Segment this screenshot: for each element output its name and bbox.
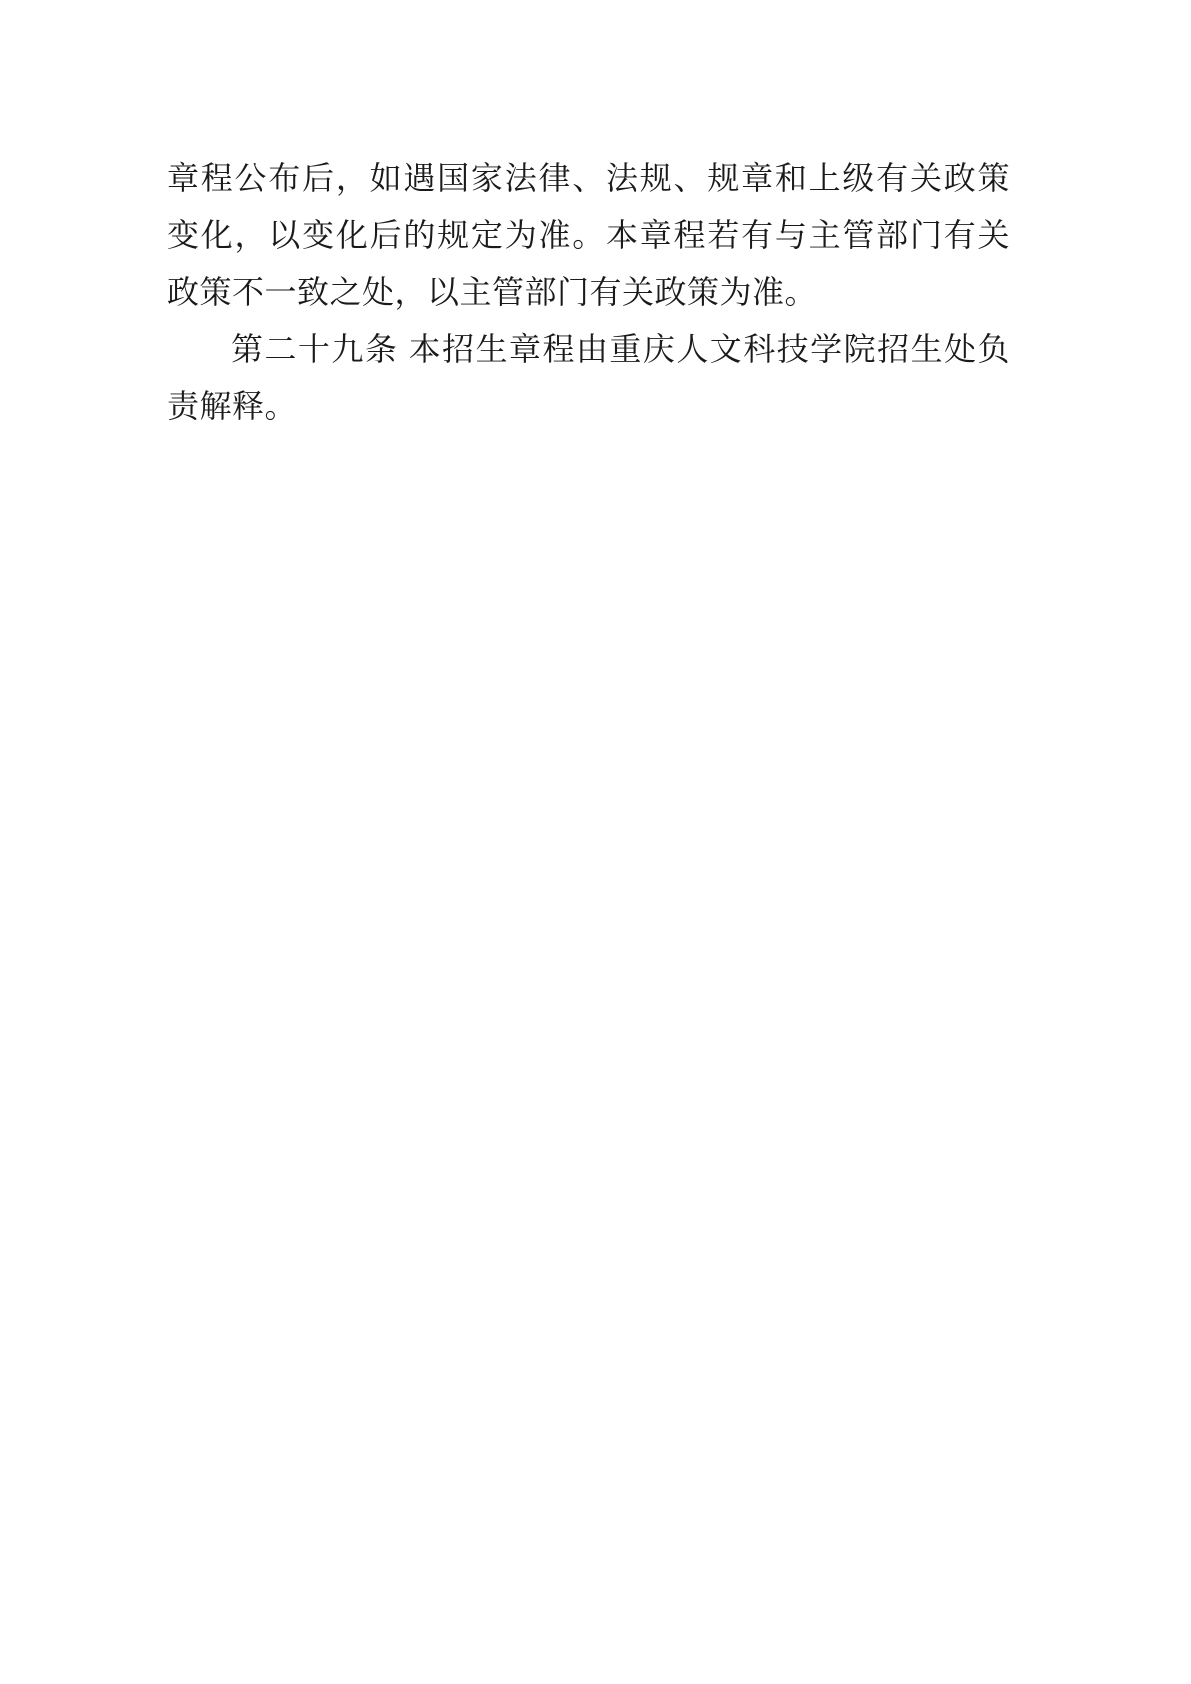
paragraph-policy-change: 章程公布后，如遇国家法律、法规、规章和上级有关政策变化，以变化后的规定为准。本章… [167,150,1010,321]
paragraph-article-29: 第二十九条 本招生章程由重庆人文科技学院招生处负责解释。 [167,321,1010,435]
document-page: 章程公布后，如遇国家法律、法规、规章和上级有关政策变化，以变化后的规定为准。本章… [0,0,1191,1684]
document-text-block: 章程公布后，如遇国家法律、法规、规章和上级有关政策变化，以变化后的规定为准。本章… [167,150,1010,435]
